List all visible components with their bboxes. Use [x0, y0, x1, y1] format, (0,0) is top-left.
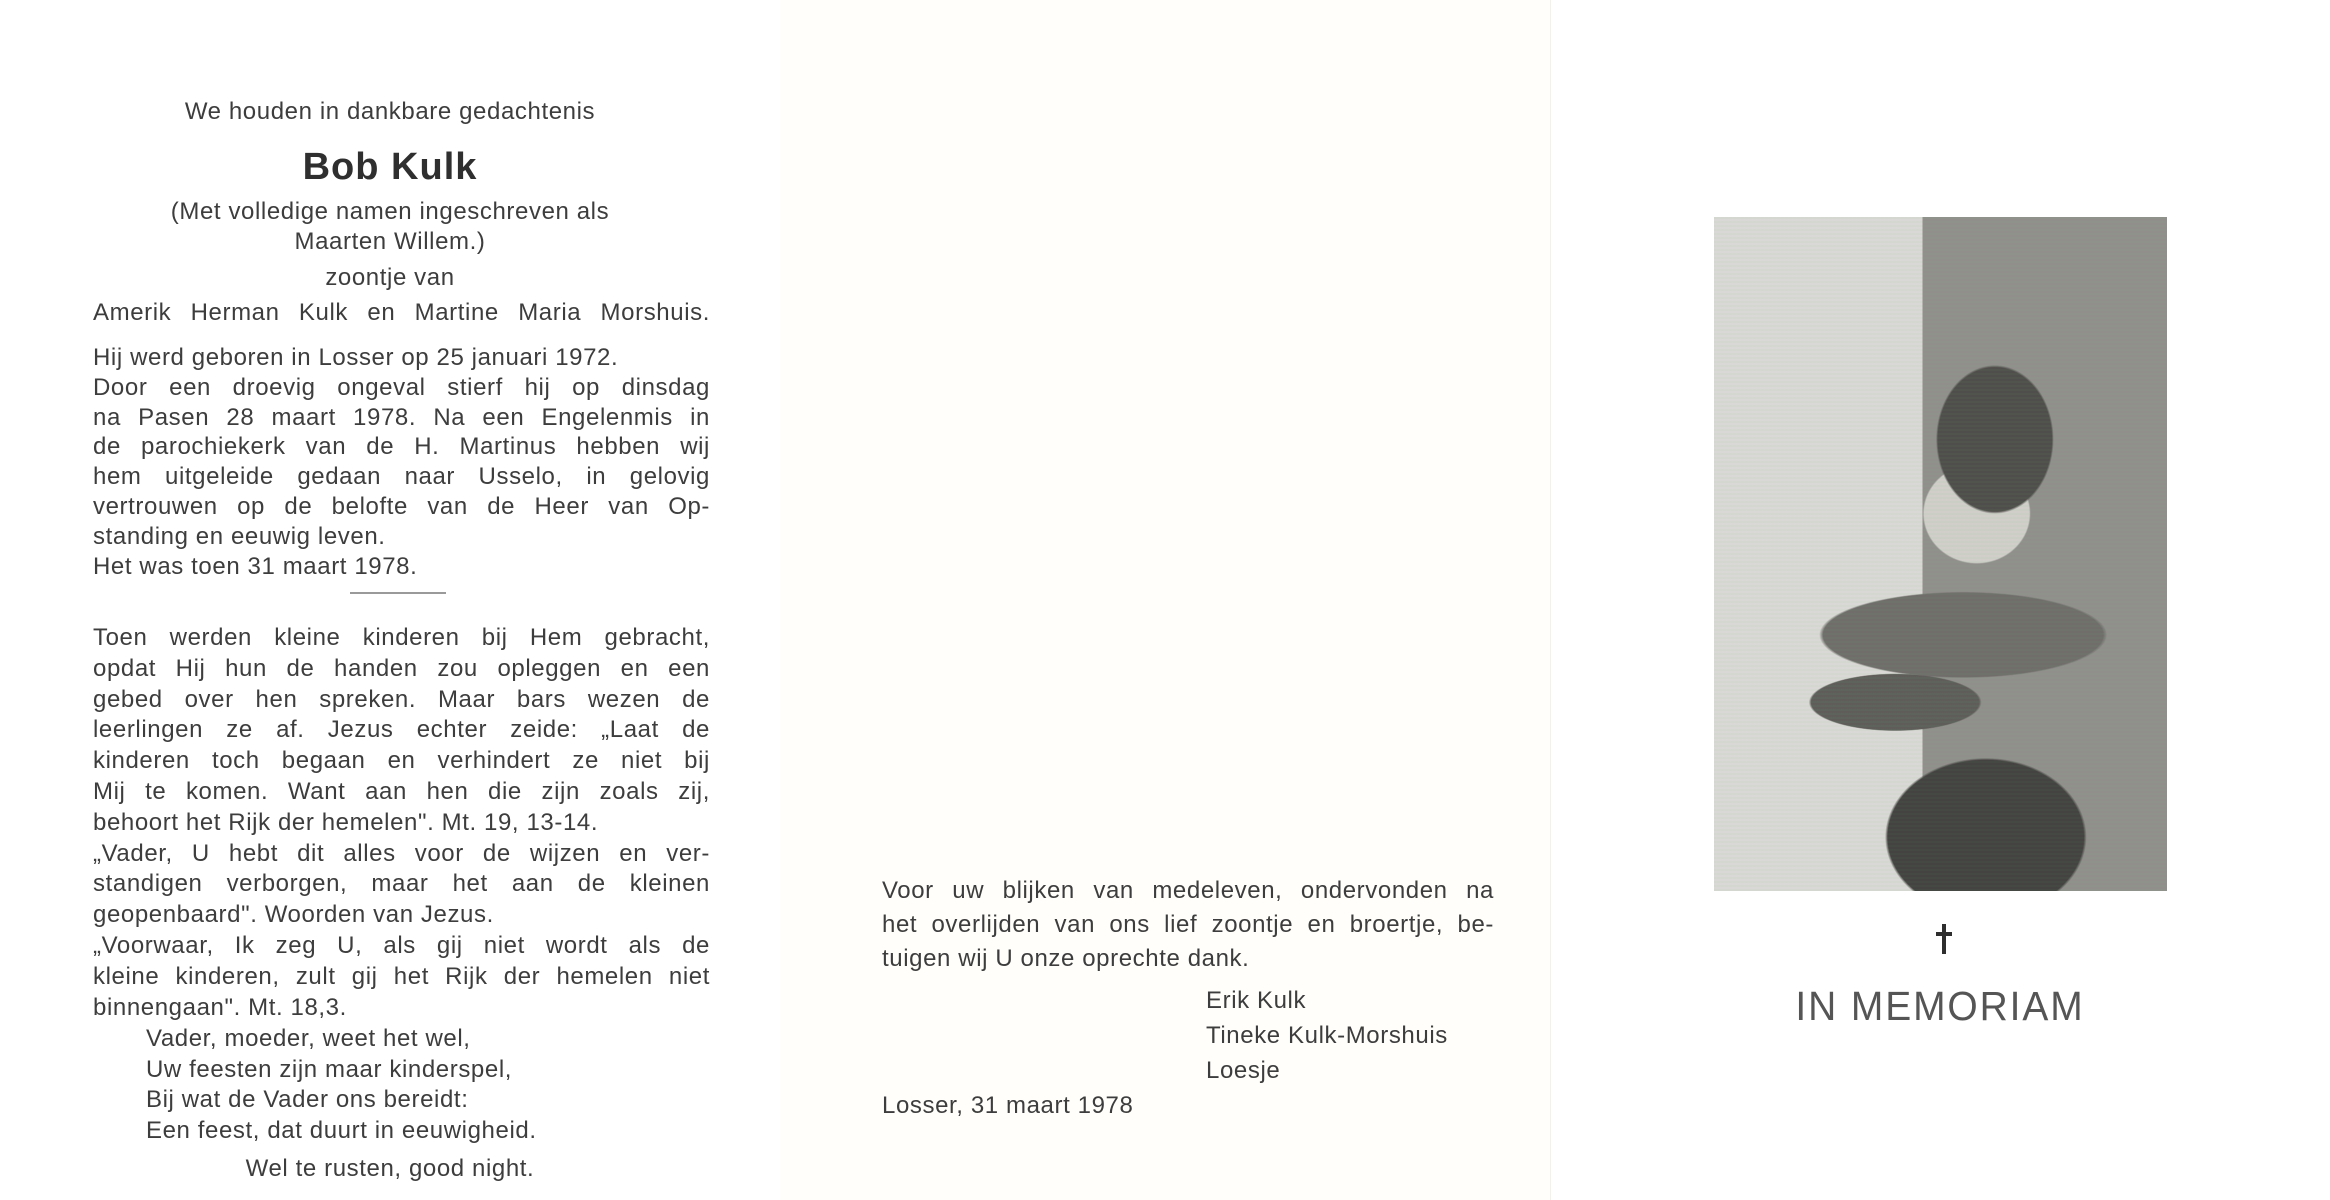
scripture-line: „Vader, U hebt dit alles voor de wijzen …	[93, 842, 710, 866]
scripture-line: „Voorwaar, Ik zeg U, als gij niet wordt …	[93, 934, 710, 958]
biography-line: de parochiekerk van de H. Martinus hebbe…	[93, 435, 710, 459]
scripture-line: standigen verborgen, maar het aan de kle…	[93, 872, 710, 896]
middle-panel: Voor uw blijken van medeleven, ondervond…	[780, 0, 1550, 1200]
place-date: Losser, 31 maart 1978	[882, 1094, 1133, 1118]
signatory-name: Loesje	[1206, 1059, 1280, 1083]
closing-text: Wel te rusten, good night.	[0, 1157, 780, 1181]
scripture-line: opdat Hij hun de handen zou opleggen en …	[93, 657, 710, 681]
biography-line: Door een droevig ongeval stierf hij op d…	[93, 376, 710, 400]
poem-line: Bij wat de Vader ons bereidt:	[146, 1088, 468, 1112]
biography-line: Hij werd geboren in Losser op 25 januari…	[93, 346, 618, 370]
scripture-line: leerlingen ze af. Jezus echter zeide: „L…	[93, 718, 710, 742]
cross-icon	[1936, 924, 1952, 954]
signatory-name: Tineke Kulk-Morshuis	[1206, 1024, 1448, 1048]
deceased-name: Bob Kulk	[0, 147, 780, 187]
scripture-line: geopenbaard". Woorden van Jezus.	[93, 903, 494, 927]
scripture-line: Mij te komen. Want aan hen die zijn zoal…	[93, 780, 710, 804]
scripture-line: binnengaan". Mt. 18,3.	[93, 996, 347, 1020]
thanks-line: tuigen wij U onze oprechte dank.	[882, 947, 1249, 971]
signatory-name: Erik Kulk	[1206, 989, 1306, 1013]
portrait-photo	[1714, 217, 2167, 891]
divider	[350, 592, 446, 594]
relation-text: zoontje van	[0, 266, 780, 290]
in-memoriam-heading: IN MEMORIAM	[1570, 986, 2311, 1026]
scripture-line: kleine kinderen, zult gij het Rijk der h…	[93, 965, 710, 989]
thanks-line: het overlijden van ons lief zoontje en b…	[882, 913, 1494, 937]
full-name-note-line-1: (Met volledige namen ingeschreven als	[0, 200, 780, 224]
poem-line: Uw feesten zijn maar kinderspel,	[146, 1058, 512, 1082]
biography-line: hem uitgeleide gedaan naar Usselo, in ge…	[93, 465, 710, 489]
scripture-line: Toen werden kleine kinderen bij Hem gebr…	[93, 626, 710, 650]
full-name-note-line-2: Maarten Willem.)	[0, 230, 780, 254]
scripture-line: behoort het Rijk der hemelen". Mt. 19, 1…	[93, 811, 598, 835]
poem-line: Een feest, dat duurt in eeuwigheid.	[146, 1119, 537, 1143]
parents-text: Amerik Herman Kulk en Martine Maria Mors…	[93, 301, 710, 325]
biography-line: standing en eeuwig leven.	[93, 525, 386, 549]
intro-text: We houden in dankbare gedachtenis	[0, 100, 780, 124]
thanks-line: Voor uw blijken van medeleven, ondervond…	[882, 879, 1494, 903]
biography-line: na Pasen 28 maart 1978. Na een Engelenmi…	[93, 406, 710, 430]
scripture-line: kinderen toch begaan en verhindert ze ni…	[93, 749, 710, 773]
biography-line: vertrouwen op de belofte van de Heer van…	[93, 495, 710, 519]
scripture-line: gebed over hen spreken. Maar bars wezen …	[93, 688, 710, 712]
biography-line: Het was toen 31 maart 1978.	[93, 555, 417, 579]
poem-line: Vader, moeder, weet het wel,	[146, 1027, 471, 1051]
left-panel: We houden in dankbare gedachtenis Bob Ku…	[0, 0, 780, 1200]
